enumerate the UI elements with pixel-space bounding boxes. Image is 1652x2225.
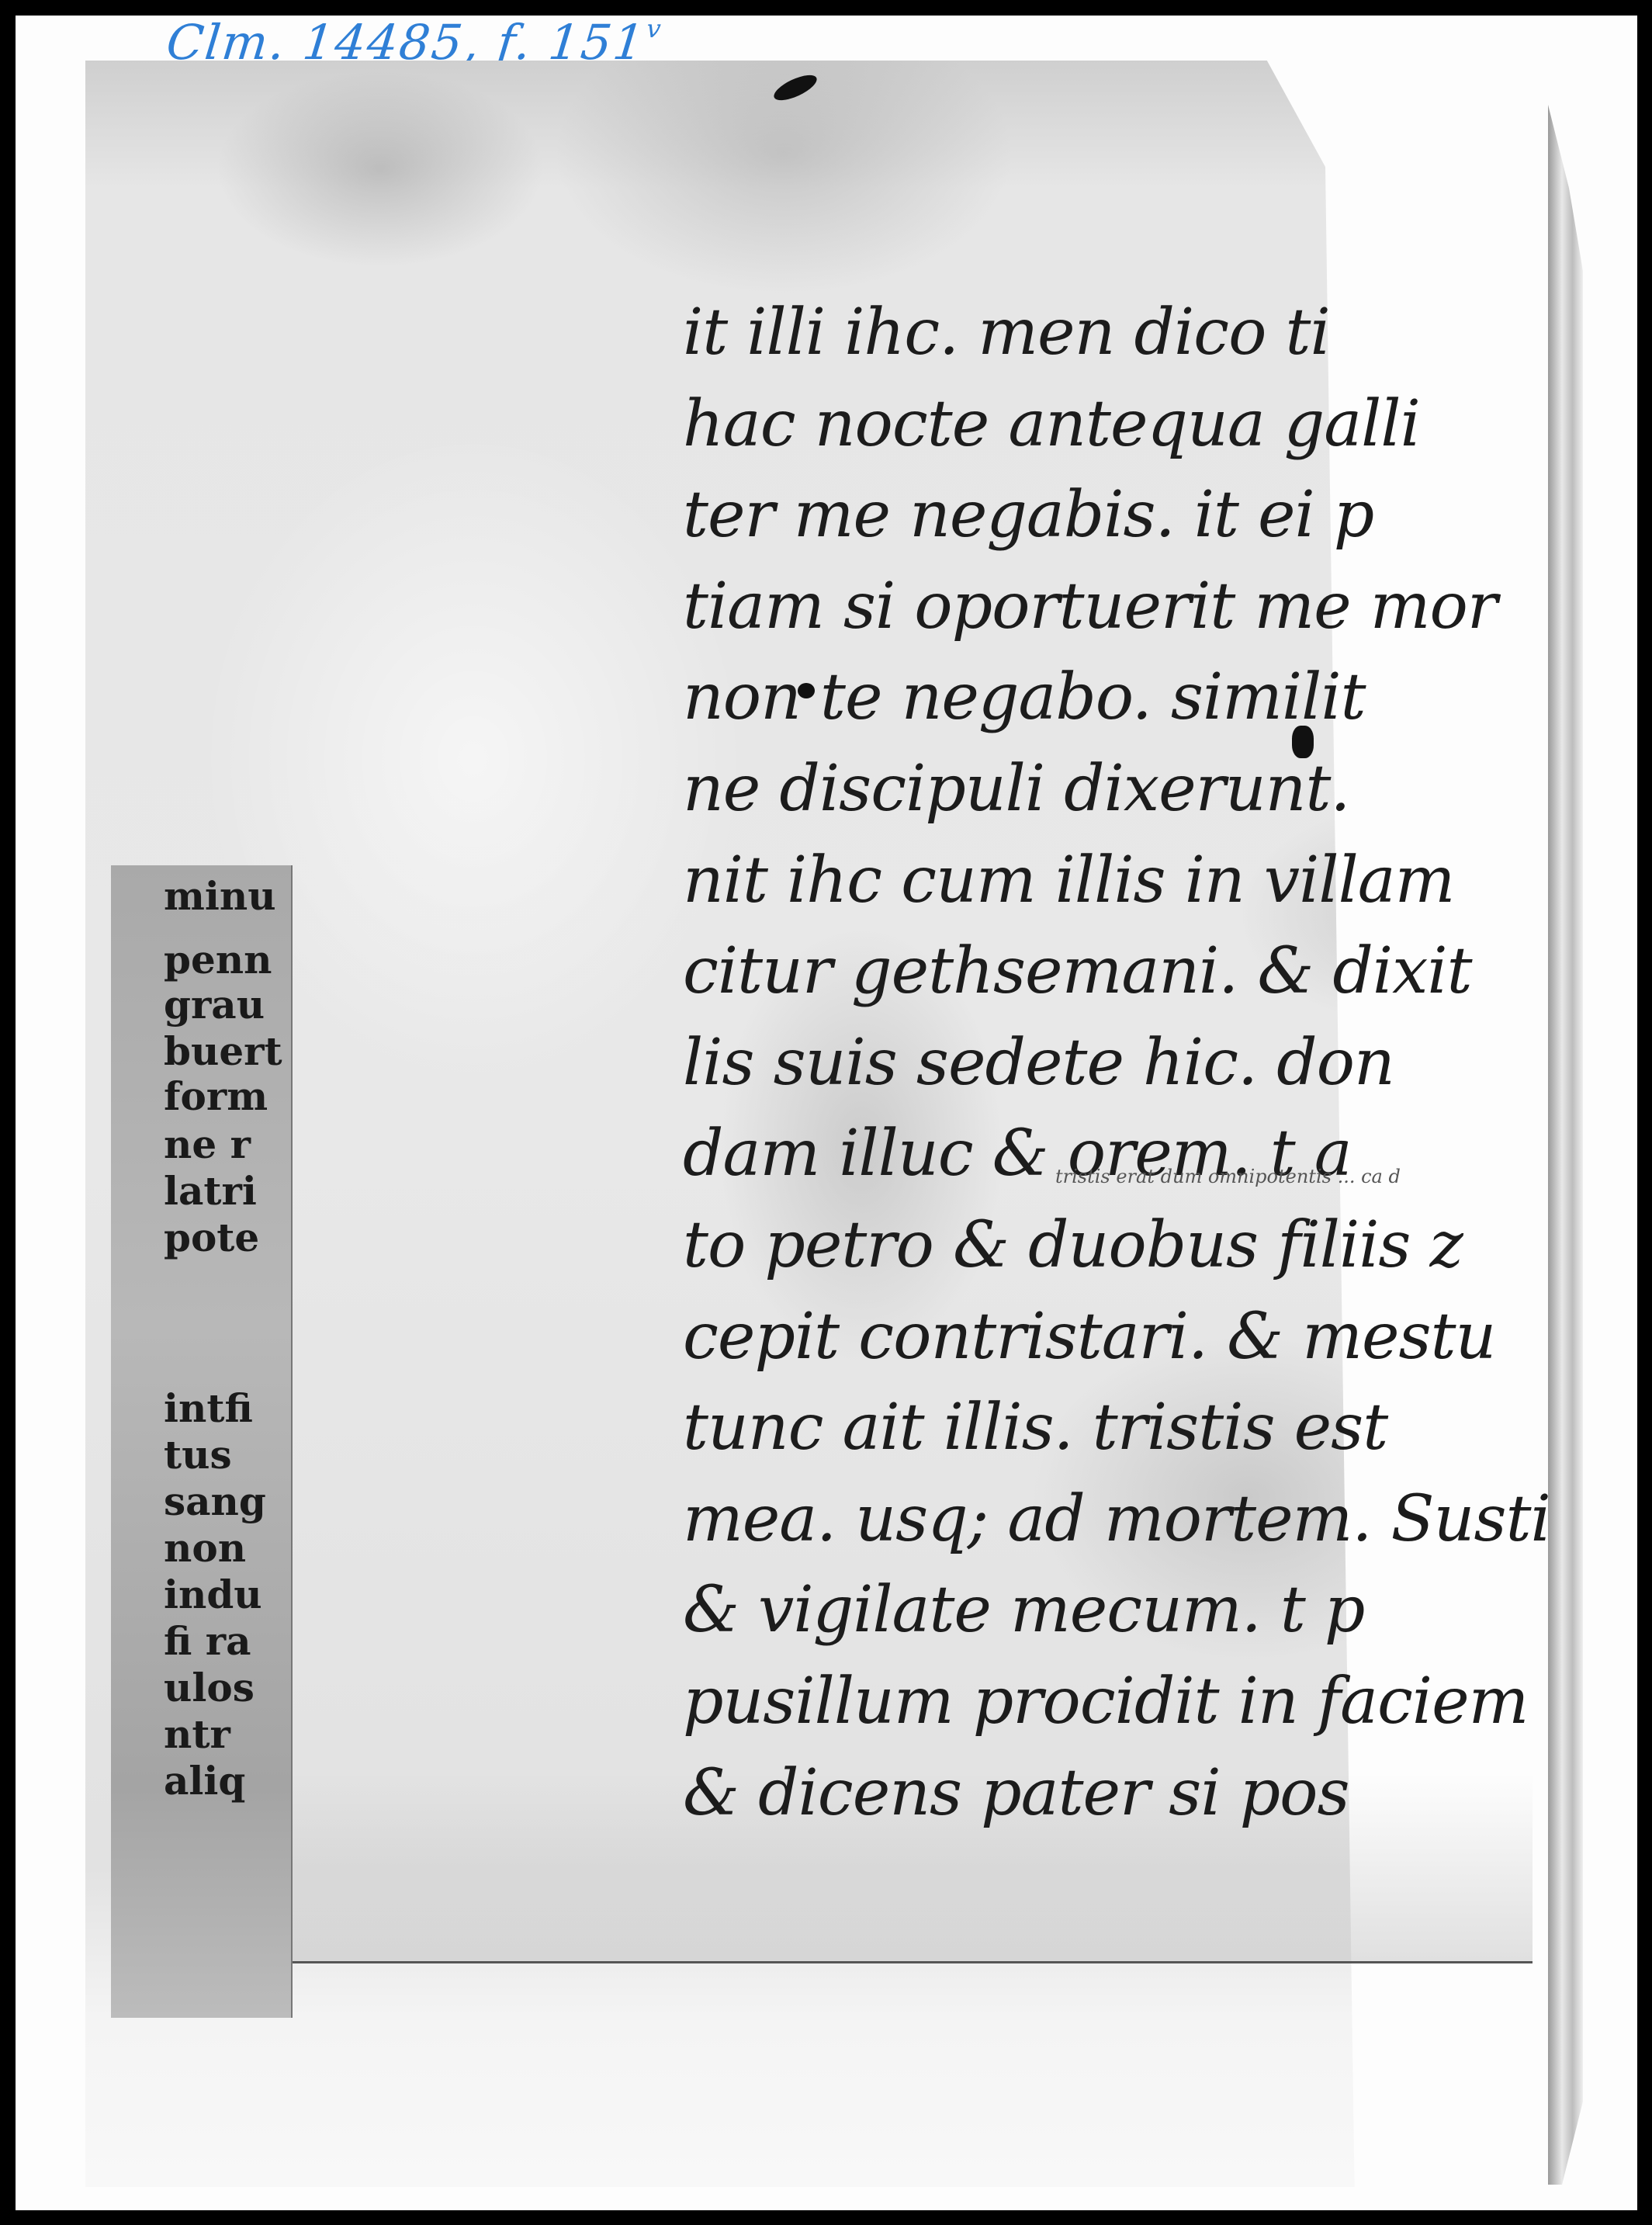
- text-line: cepit contristari. & mestu: [683, 1291, 1552, 1383]
- fragment-line: non: [164, 1525, 246, 1571]
- text-line: & vigilate mecum. t p: [683, 1565, 1552, 1656]
- text-line: nit ihc cum illis in villam: [683, 835, 1552, 927]
- fragment-line: ntr: [164, 1711, 230, 1757]
- page-edge: [1548, 105, 1583, 2185]
- fragment-line: intfi: [164, 1385, 253, 1431]
- side-fragment-strip: minu penn grau buert form ne r latri pot…: [111, 865, 293, 2018]
- text-line: ter me negabis. it ei p: [683, 470, 1552, 561]
- fragment-line: tus: [164, 1432, 232, 1478]
- main-text-block: it illi ihc. men dico ti hac nocte anteq…: [683, 287, 1552, 1839]
- text-line: to petro & duobus filiis z: [683, 1200, 1552, 1291]
- text-line: tunc ait illis. tristis est: [683, 1382, 1552, 1474]
- fragment-line: grau: [164, 982, 265, 1028]
- fragment-line: indu: [164, 1572, 262, 1617]
- text-line: pusillum procidit in faciem: [683, 1656, 1552, 1748]
- text-line: ne discipuli dixerunt.: [683, 743, 1552, 835]
- interlinear-gloss: tristis erat dum omnipotentis ... ca d: [1055, 1166, 1401, 1187]
- fragment-line: latri: [164, 1168, 257, 1214]
- text-line: it illi ihc. men dico ti: [683, 287, 1552, 379]
- fragment-line: aliq: [164, 1758, 245, 1804]
- text-line: citur gethsemani. & dixit: [683, 926, 1552, 1017]
- text-line: non te negabo. similit: [683, 652, 1552, 743]
- text-line: mea. usq; ad mortem. Sustin: [683, 1474, 1552, 1565]
- fragment-line: minu: [164, 873, 276, 919]
- fragment-line: ulos: [164, 1665, 255, 1710]
- fragment-line: form: [164, 1073, 268, 1119]
- fragment-line: sang: [164, 1478, 266, 1524]
- shelfmark-verso: v: [645, 14, 663, 43]
- fragment-line: pote: [164, 1215, 259, 1260]
- fragment-line: fi ra: [164, 1618, 251, 1664]
- fragment-line: penn: [164, 937, 272, 983]
- fragment-line: buert: [164, 1028, 282, 1074]
- fragment-line: ne r: [164, 1121, 251, 1167]
- text-line: & dicens pater si pos: [683, 1748, 1552, 1839]
- text-line: lis suis sedete hic. don: [683, 1017, 1552, 1109]
- text-line: hac nocte antequa galli: [683, 379, 1552, 470]
- text-line: tiam si oportuerit me mor: [683, 561, 1552, 653]
